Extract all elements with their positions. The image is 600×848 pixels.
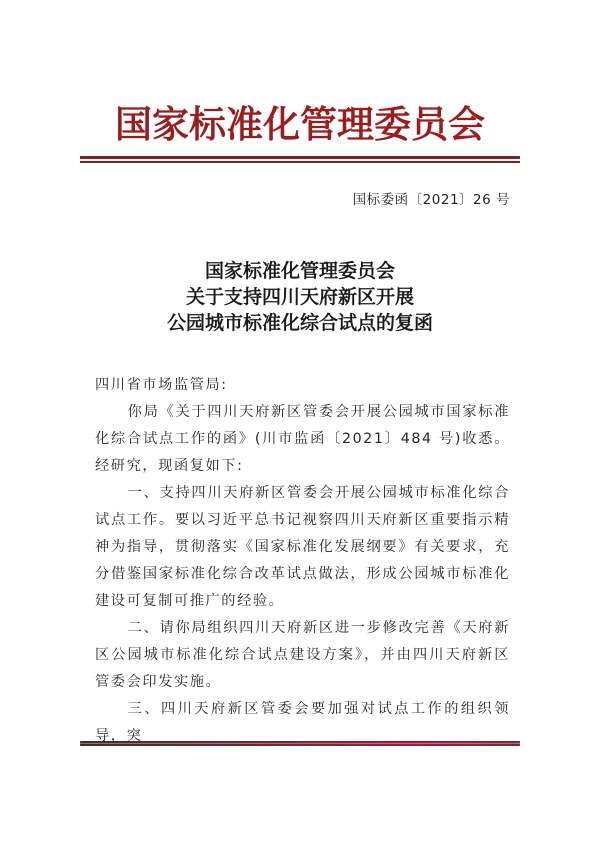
document-title-line-3: 公园城市标准化综合试点的复函 — [0, 310, 600, 336]
document-body: 四川省市场监管局: 你局《关于四川天府新区管委会开展公园城市国家标准化综合试点工… — [95, 372, 510, 750]
document-title: 国家标准化管理委员会 关于支持四川天府新区开展 公园城市标准化综合试点的复函 — [0, 258, 600, 336]
divider-thin-line — [80, 161, 520, 163]
document-title-line-2: 关于支持四川天府新区开展 — [0, 284, 600, 310]
document-number: 国标委函〔2021〕26 号 — [353, 188, 510, 208]
footer-divider-highlight — [80, 743, 520, 744]
paragraph-item-1: 一、支持四川天府新区管委会开展公园城市标准化综合试点工作。要以习近平总书记视察四… — [95, 480, 510, 615]
footer-divider — [80, 741, 520, 746]
letterhead-divider — [80, 156, 520, 164]
paragraph-item-2: 二、请你局组织四川天府新区进一步修改完善《天府新区公园城市标准化综合试点建设方案… — [95, 615, 510, 696]
letterhead-title: 国家标准化管理委员会 — [0, 102, 600, 146]
divider-thick-line — [80, 156, 520, 159]
document-title-line-1: 国家标准化管理委员会 — [0, 258, 600, 284]
salutation: 四川省市场监管局: — [95, 372, 510, 399]
paragraph-intro: 你局《关于四川天府新区管委会开展公园城市国家标准化综合试点工作的函》(川市监函〔… — [95, 399, 510, 480]
